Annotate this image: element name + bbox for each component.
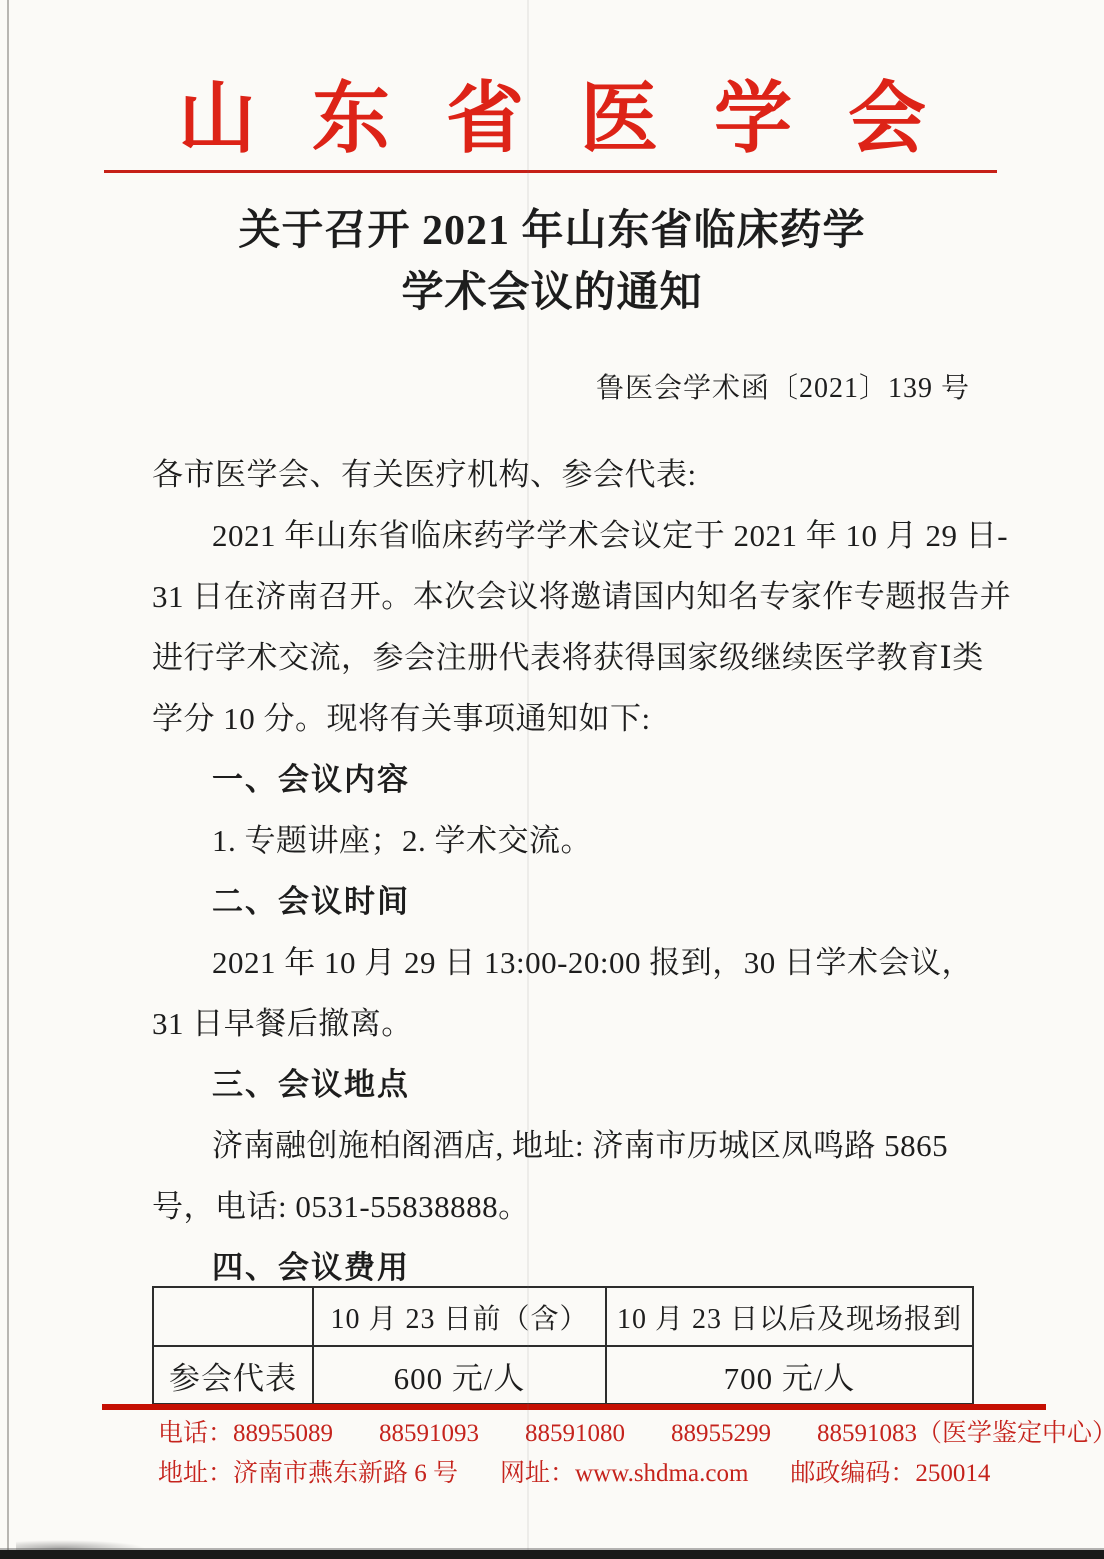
footer-website: 网址： www.shdma.com [500,1454,748,1494]
footer-phone-row: 电话： 88955089 88591093 88591080 88955299 … [158,1414,968,1454]
paragraph-line: 2021 年山东省临床药学学术会议定于 2021 年 10 月 29 日- [152,505,976,566]
section-heading-contents: 一、会议内容 [152,749,976,810]
phone-number: 88591083（医学鉴定中心） [817,1414,1104,1454]
document-body: 各市医学会、有关医疗机构、参会代表: 2021 年山东省临床药学学术会议定于 2… [152,444,976,1298]
website-label: 网址： [500,1454,575,1494]
fee-table-cell-late-price: 700 元/人 [606,1346,973,1404]
section-contents-text: 1. 专题讲座；2. 学术交流。 [152,810,976,871]
document-title-line-2: 学术会议的通知 [0,262,1104,324]
footer-phone-1: 电话： 88955089 [158,1414,333,1454]
section-heading-venue: 三、会议地点 [152,1054,976,1115]
section-venue-line: 济南融创施柏阁酒店, 地址: 济南市历城区凤鸣路 5865 [152,1115,976,1176]
footer-address: 地址：济南市燕东新路 6 号 [158,1454,458,1494]
section-venue-line: 号，电话: 0531-55838888。 [152,1176,976,1237]
fee-table-header-blank [153,1287,313,1346]
fee-table-row-delegates: 参会代表 600 元/人 700 元/人 [153,1346,973,1404]
document-title: 关于召开 2021 年山东省临床药学 学术会议的通知 [0,200,1104,324]
section-time-line: 2021 年 10 月 29 日 13:00-20:00 报到，30 日学术会议… [152,932,976,993]
salutation: 各市医学会、有关医疗机构、参会代表: [152,444,976,505]
phone-number: 88591093 [379,1414,479,1454]
footer-rule [102,1404,1046,1410]
fee-table-header-row: 10 月 23 日前（含） 10 月 23 日以后及现场报到 [153,1287,973,1346]
paragraph-line: 进行学术交流，参会注册代表将获得国家级继续医学教育Ⅰ类 [152,627,976,688]
phone-number: 88955089 [233,1414,333,1454]
website-url: www.shdma.com [575,1454,748,1494]
scan-crease-line [527,0,529,1559]
fee-table: 10 月 23 日前（含） 10 月 23 日以后及现场报到 参会代表 600 … [152,1286,974,1405]
phone-label: 电话： [158,1414,233,1454]
fee-table-cell-early-price: 600 元/人 [313,1346,606,1404]
scanned-notice-page: 山东省医学会 关于召开 2021 年山东省临床药学 学术会议的通知 鲁医会学术函… [0,0,1104,1559]
footer-postal-code: 邮政编码：250014 [790,1454,990,1494]
letterhead-divider [104,170,997,173]
section-heading-time: 二、会议时间 [152,871,976,932]
document-title-line-1: 关于召开 2021 年山东省临床药学 [0,200,1104,262]
reference-number: 鲁医会学术函〔2021〕139 号 [596,366,970,406]
footer: 电话： 88955089 88591093 88591080 88955299 … [158,1414,968,1494]
paragraph-line: 学分 10 分。现将有关事项通知如下: [152,688,976,749]
scan-left-edge [7,0,9,1559]
org-title: 山东省医学会 [0,80,1104,158]
scan-bottom-edge [0,1550,1104,1559]
phone-number: 88591080 [525,1414,625,1454]
paragraph-line: 31 日在济南召开。本次会议将邀请国内知名专家作专题报告并 [152,566,976,627]
fee-table-header-early: 10 月 23 日前（含） [313,1287,606,1346]
section-time-line: 31 日早餐后撤离。 [152,993,976,1054]
footer-address-row: 地址：济南市燕东新路 6 号 网址： www.shdma.com 邮政编码：25… [158,1454,968,1494]
fee-table-header-late: 10 月 23 日以后及现场报到 [606,1287,973,1346]
phone-number: 88955299 [671,1414,771,1454]
fee-table-cell-role: 参会代表 [153,1346,313,1404]
